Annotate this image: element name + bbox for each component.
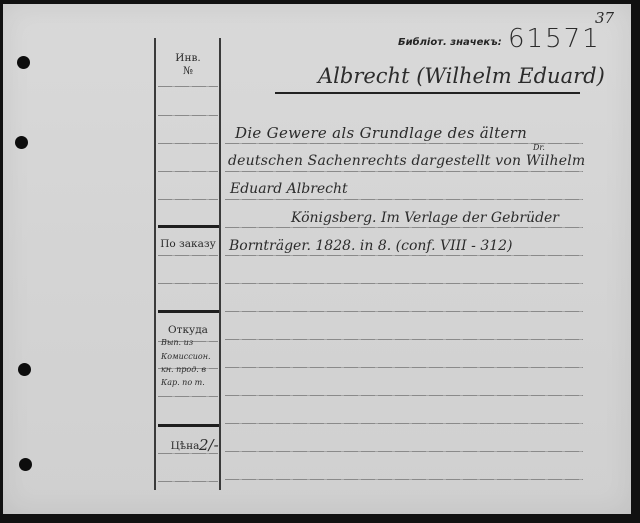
column-rule <box>158 255 218 256</box>
description-line: Königsberg. Im Verlage der Gebrüder <box>291 210 559 226</box>
punch-hole <box>18 363 31 376</box>
description-line: Bornträger. 1828. in 8. (conf. VIII - 31… <box>229 238 513 254</box>
description-line: Die Gewere als Grundlage des ältern <box>235 124 527 142</box>
price-value: 2/- <box>199 436 219 454</box>
superscript-dr: Dr. <box>533 143 545 152</box>
ruled-line <box>225 311 583 312</box>
ruled-line <box>225 423 583 424</box>
ruled-line <box>225 227 583 228</box>
punch-hole <box>17 56 30 69</box>
heading-underline <box>275 92 580 94</box>
ruled-line <box>225 171 583 172</box>
column-rule <box>158 143 218 144</box>
section-divider <box>158 424 219 427</box>
section-divider <box>158 225 219 228</box>
catalog-card: 37 Библіот. значекъ: 61571 Инв. № По зак… <box>3 4 631 514</box>
order-label: По заказу <box>156 238 220 250</box>
column-rule <box>158 199 218 200</box>
ruled-line <box>225 143 583 144</box>
column-rule <box>158 171 218 172</box>
section-divider <box>158 310 219 313</box>
ruled-line <box>225 255 583 256</box>
punch-hole <box>15 136 28 149</box>
author-heading: Albrecht (Wilhelm Eduard) <box>318 64 605 88</box>
ruled-line <box>225 199 583 200</box>
ruled-line <box>225 339 583 340</box>
inv-label: Инв. <box>156 52 220 64</box>
column-rule <box>158 86 218 87</box>
punch-hole <box>19 458 32 471</box>
description-line: Eduard Albrecht <box>230 181 348 197</box>
ruled-line <box>225 395 583 396</box>
ruled-line <box>225 479 583 480</box>
column-rule <box>158 396 218 397</box>
source-handwriting-line: кн. прод. в <box>161 365 206 374</box>
inv-number-label: № <box>156 65 220 77</box>
column-rule <box>158 283 218 284</box>
source-handwriting-line: Комиссион. <box>161 352 211 361</box>
ruled-line <box>225 451 583 452</box>
column-rule <box>158 453 218 454</box>
description-line: deutschen Sachenrechts dargestellt von W… <box>228 153 585 169</box>
column-rule <box>158 115 218 116</box>
source-handwriting-line: Кар. по т. <box>161 378 205 387</box>
source-handwriting-line: Вып. из <box>161 338 193 347</box>
source-label: Откуда <box>156 324 220 336</box>
column-rule <box>158 481 218 482</box>
ruled-line <box>225 367 583 368</box>
column-border-right <box>219 38 221 490</box>
ruled-line <box>225 283 583 284</box>
library-code-label: Библіот. значекъ: <box>398 37 502 48</box>
library-code: 61571 <box>508 24 601 54</box>
column-border-left <box>154 38 156 490</box>
